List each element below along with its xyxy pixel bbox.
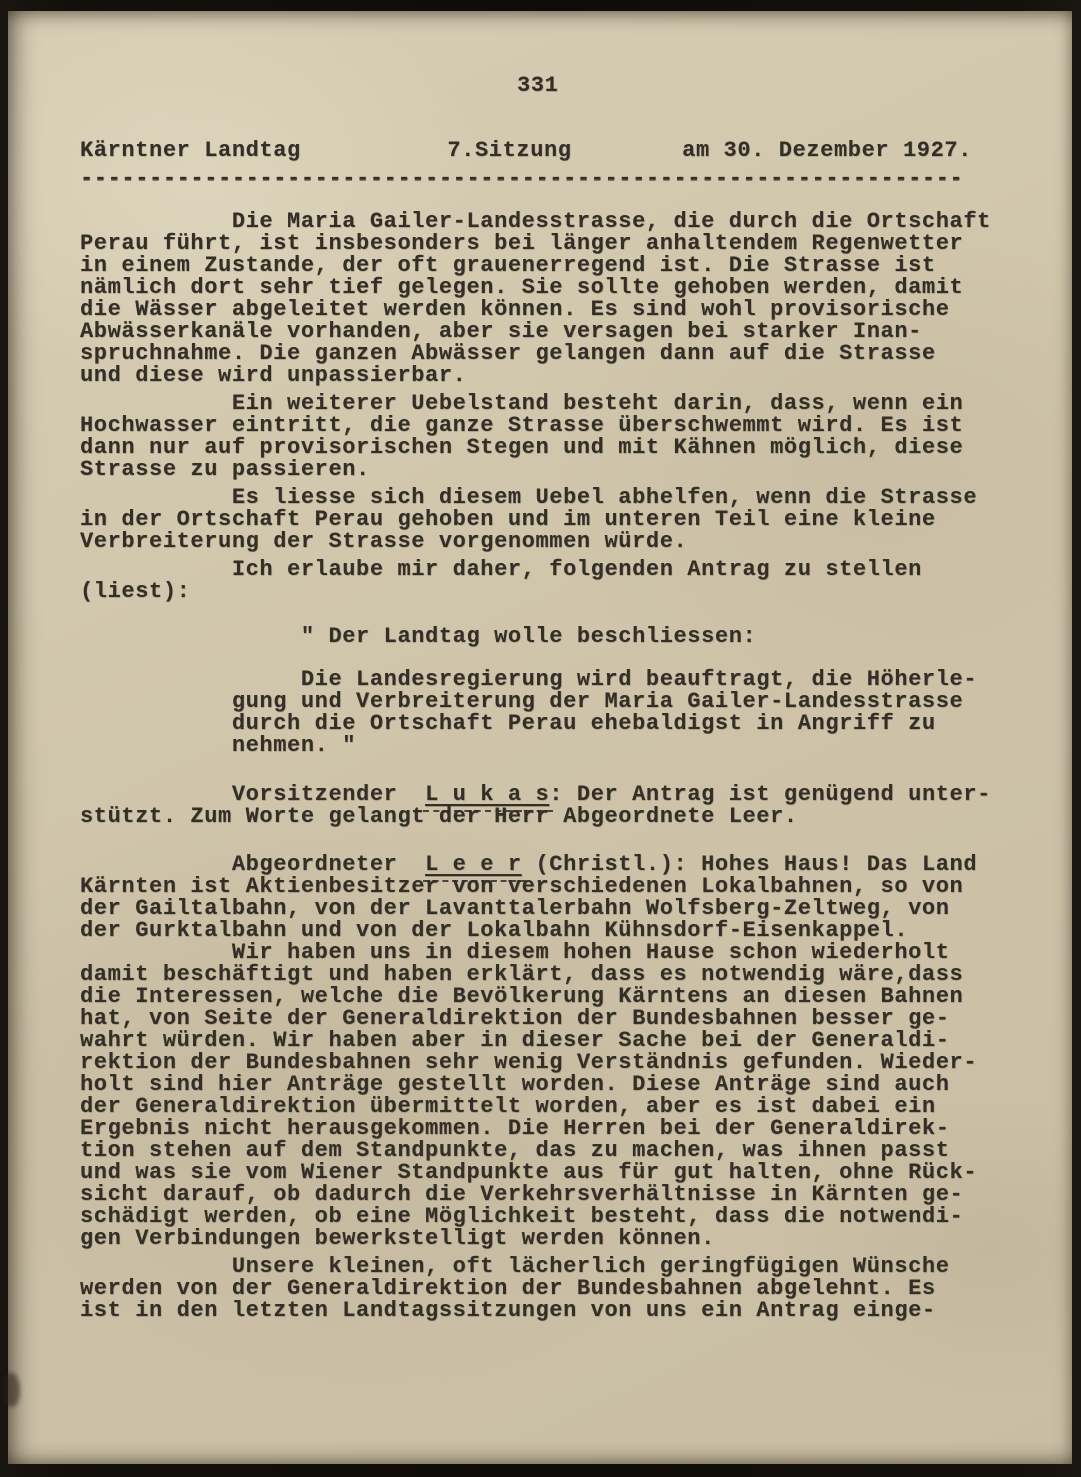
speech-leer-intro: Abgeordneter L e e r (Christl.): Hohes H… <box>80 854 972 942</box>
speaker-name-underlined: L u k a s <box>425 782 549 807</box>
document-paper: 331 Kärntner Landtag 7.Sitzung am 30. De… <box>8 11 1072 1464</box>
paragraph-flooding: Ein weiterer Uebelstand besteht darin, d… <box>80 393 972 481</box>
text-line: hat, von Seite der Generaldirektion der … <box>80 1008 972 1030</box>
speech-lukas: Vorsitzender L u k a s: Der Antrag ist g… <box>80 784 972 828</box>
text-line: nämlich dort sehr tief gelegen. Sie soll… <box>80 277 972 299</box>
text-line: Die Maria Gailer-Landesstrasse, die durc… <box>80 211 972 233</box>
text-line: Verbreiterung der Strasse vorgenommen wü… <box>80 531 972 553</box>
text-line: Abgeordneter L e e r (Christl.): Hohes H… <box>80 854 972 876</box>
text-line: der Gurktalbahn und von der Lokalbahn Kü… <box>80 920 972 942</box>
text-line: Ein weiterer Uebelstand besteht darin, d… <box>80 393 972 415</box>
text-line: Die Landesregierung wird beauftragt, die… <box>80 669 972 691</box>
text-line: holt sind hier Anträge gestellt worden. … <box>80 1074 972 1096</box>
text-line: " Der Landtag wolle beschliessen: <box>80 626 972 648</box>
text-line: gung und Verbreiterung der Maria Gailer-… <box>80 691 972 713</box>
paragraph-road-condition: Die Maria Gailer-Landesstrasse, die durc… <box>80 211 972 387</box>
paragraph-remedy: Es liesse sich diesem Uebel abhelfen, we… <box>80 487 972 553</box>
speaker-name-underlined: L e e r <box>425 852 522 877</box>
motion-heading: " Der Landtag wolle beschliessen: <box>80 626 972 648</box>
session-number: 7.Sitzung <box>447 140 571 162</box>
text-line: Es liesse sich diesem Uebel abhelfen, we… <box>80 487 972 509</box>
text-line: Vorsitzender L u k a s: Der Antrag ist g… <box>80 784 972 806</box>
session-header: Kärntner Landtag 7.Sitzung am 30. Dezemb… <box>80 140 972 162</box>
text-line: Hochwasser eintritt, die ganze Strasse ü… <box>80 415 972 437</box>
text-line: Ich erlaube mir daher, folgenden Antrag … <box>80 559 972 581</box>
text-line: und was sie vom Wiener Standpunkte aus f… <box>80 1162 972 1184</box>
text-line: gen Verbindungen bewerkstelligt werden k… <box>80 1228 972 1250</box>
text-line: damit beschäftigt und haben erklärt, das… <box>80 964 972 986</box>
scanned-page: 331 Kärntner Landtag 7.Sitzung am 30. De… <box>0 0 1081 1477</box>
text-line: nehmen. " <box>80 735 972 757</box>
text-line: der Gailtalbahn, von der Lavanttalerbahn… <box>80 898 972 920</box>
text-line: ist in den letzten Landtagssitzungen von… <box>80 1300 972 1322</box>
text-line: Unsere kleinen, oft lächerlich geringfüg… <box>80 1256 972 1278</box>
motion-text: Die Landesregierung wird beauftragt, die… <box>80 669 972 757</box>
text-line: schädigt werden, ob eine Möglichkeit bes… <box>80 1206 972 1228</box>
text-line: durch die Ortschaft Perau ehebaldigst in… <box>80 713 972 735</box>
document-body: Die Maria Gailer-Landesstrasse, die durc… <box>80 211 972 1322</box>
text-line: sicht darauf, ob dadurch die Verkehrsver… <box>80 1184 972 1206</box>
text-line: die Wässer abgeleitet werden können. Es … <box>80 299 972 321</box>
text-line: spruchnahme. Die ganzen Abwässer gelange… <box>80 343 972 365</box>
page-content: 331 Kärntner Landtag 7.Sitzung am 30. De… <box>80 11 972 1322</box>
page-number: 331 <box>80 75 972 97</box>
text-line: wahrt würden. Wir haben aber in dieser S… <box>80 1030 972 1052</box>
text-line: in der Ortschaft Perau gehoben und im un… <box>80 509 972 531</box>
text-line: die Interessen, welche die Bevölkerung K… <box>80 986 972 1008</box>
session-date: am 30. Dezember 1927. <box>682 140 972 162</box>
parliament-name: Kärntner Landtag <box>80 140 301 162</box>
text-line: Kärnten ist Aktienbesitzer von verschied… <box>80 876 972 898</box>
scan-artifact <box>4 1373 20 1407</box>
speech-leer-railways: Wir haben uns in diesem hohen Hause scho… <box>80 942 972 1250</box>
paragraph-motion-intro: Ich erlaube mir daher, folgenden Antrag … <box>80 559 972 603</box>
header-divider-rule: ----------------------------------------… <box>80 168 972 190</box>
text-line: rektion der Bundesbahnen sehr wenig Vers… <box>80 1052 972 1074</box>
text-line: dann nur auf provisorischen Stegen und m… <box>80 437 972 459</box>
text-line: und diese wird unpassierbar. <box>80 365 972 387</box>
speech-leer-requests: Unsere kleinen, oft lächerlich geringfüg… <box>80 1256 972 1322</box>
text-line: werden von der Generaldirektion der Bund… <box>80 1278 972 1300</box>
text-line: Perau führt, ist insbesonders bei länger… <box>80 233 972 255</box>
text-line: Abwässerkanäle vorhanden, aber sie versa… <box>80 321 972 343</box>
text-line: tion stehen auf dem Standpunkte, das zu … <box>80 1140 972 1162</box>
text-line: Wir haben uns in diesem hohen Hause scho… <box>80 942 972 964</box>
text-line: Ergebnis nicht herausgekommen. Die Herre… <box>80 1118 972 1140</box>
text-line: der Generaldirektion übermittelt worden,… <box>80 1096 972 1118</box>
text-line: in einem Zustande, der oft grauenerregen… <box>80 255 972 277</box>
text-line: Strasse zu passieren. <box>80 459 972 481</box>
text-line: (liest): <box>80 581 972 603</box>
